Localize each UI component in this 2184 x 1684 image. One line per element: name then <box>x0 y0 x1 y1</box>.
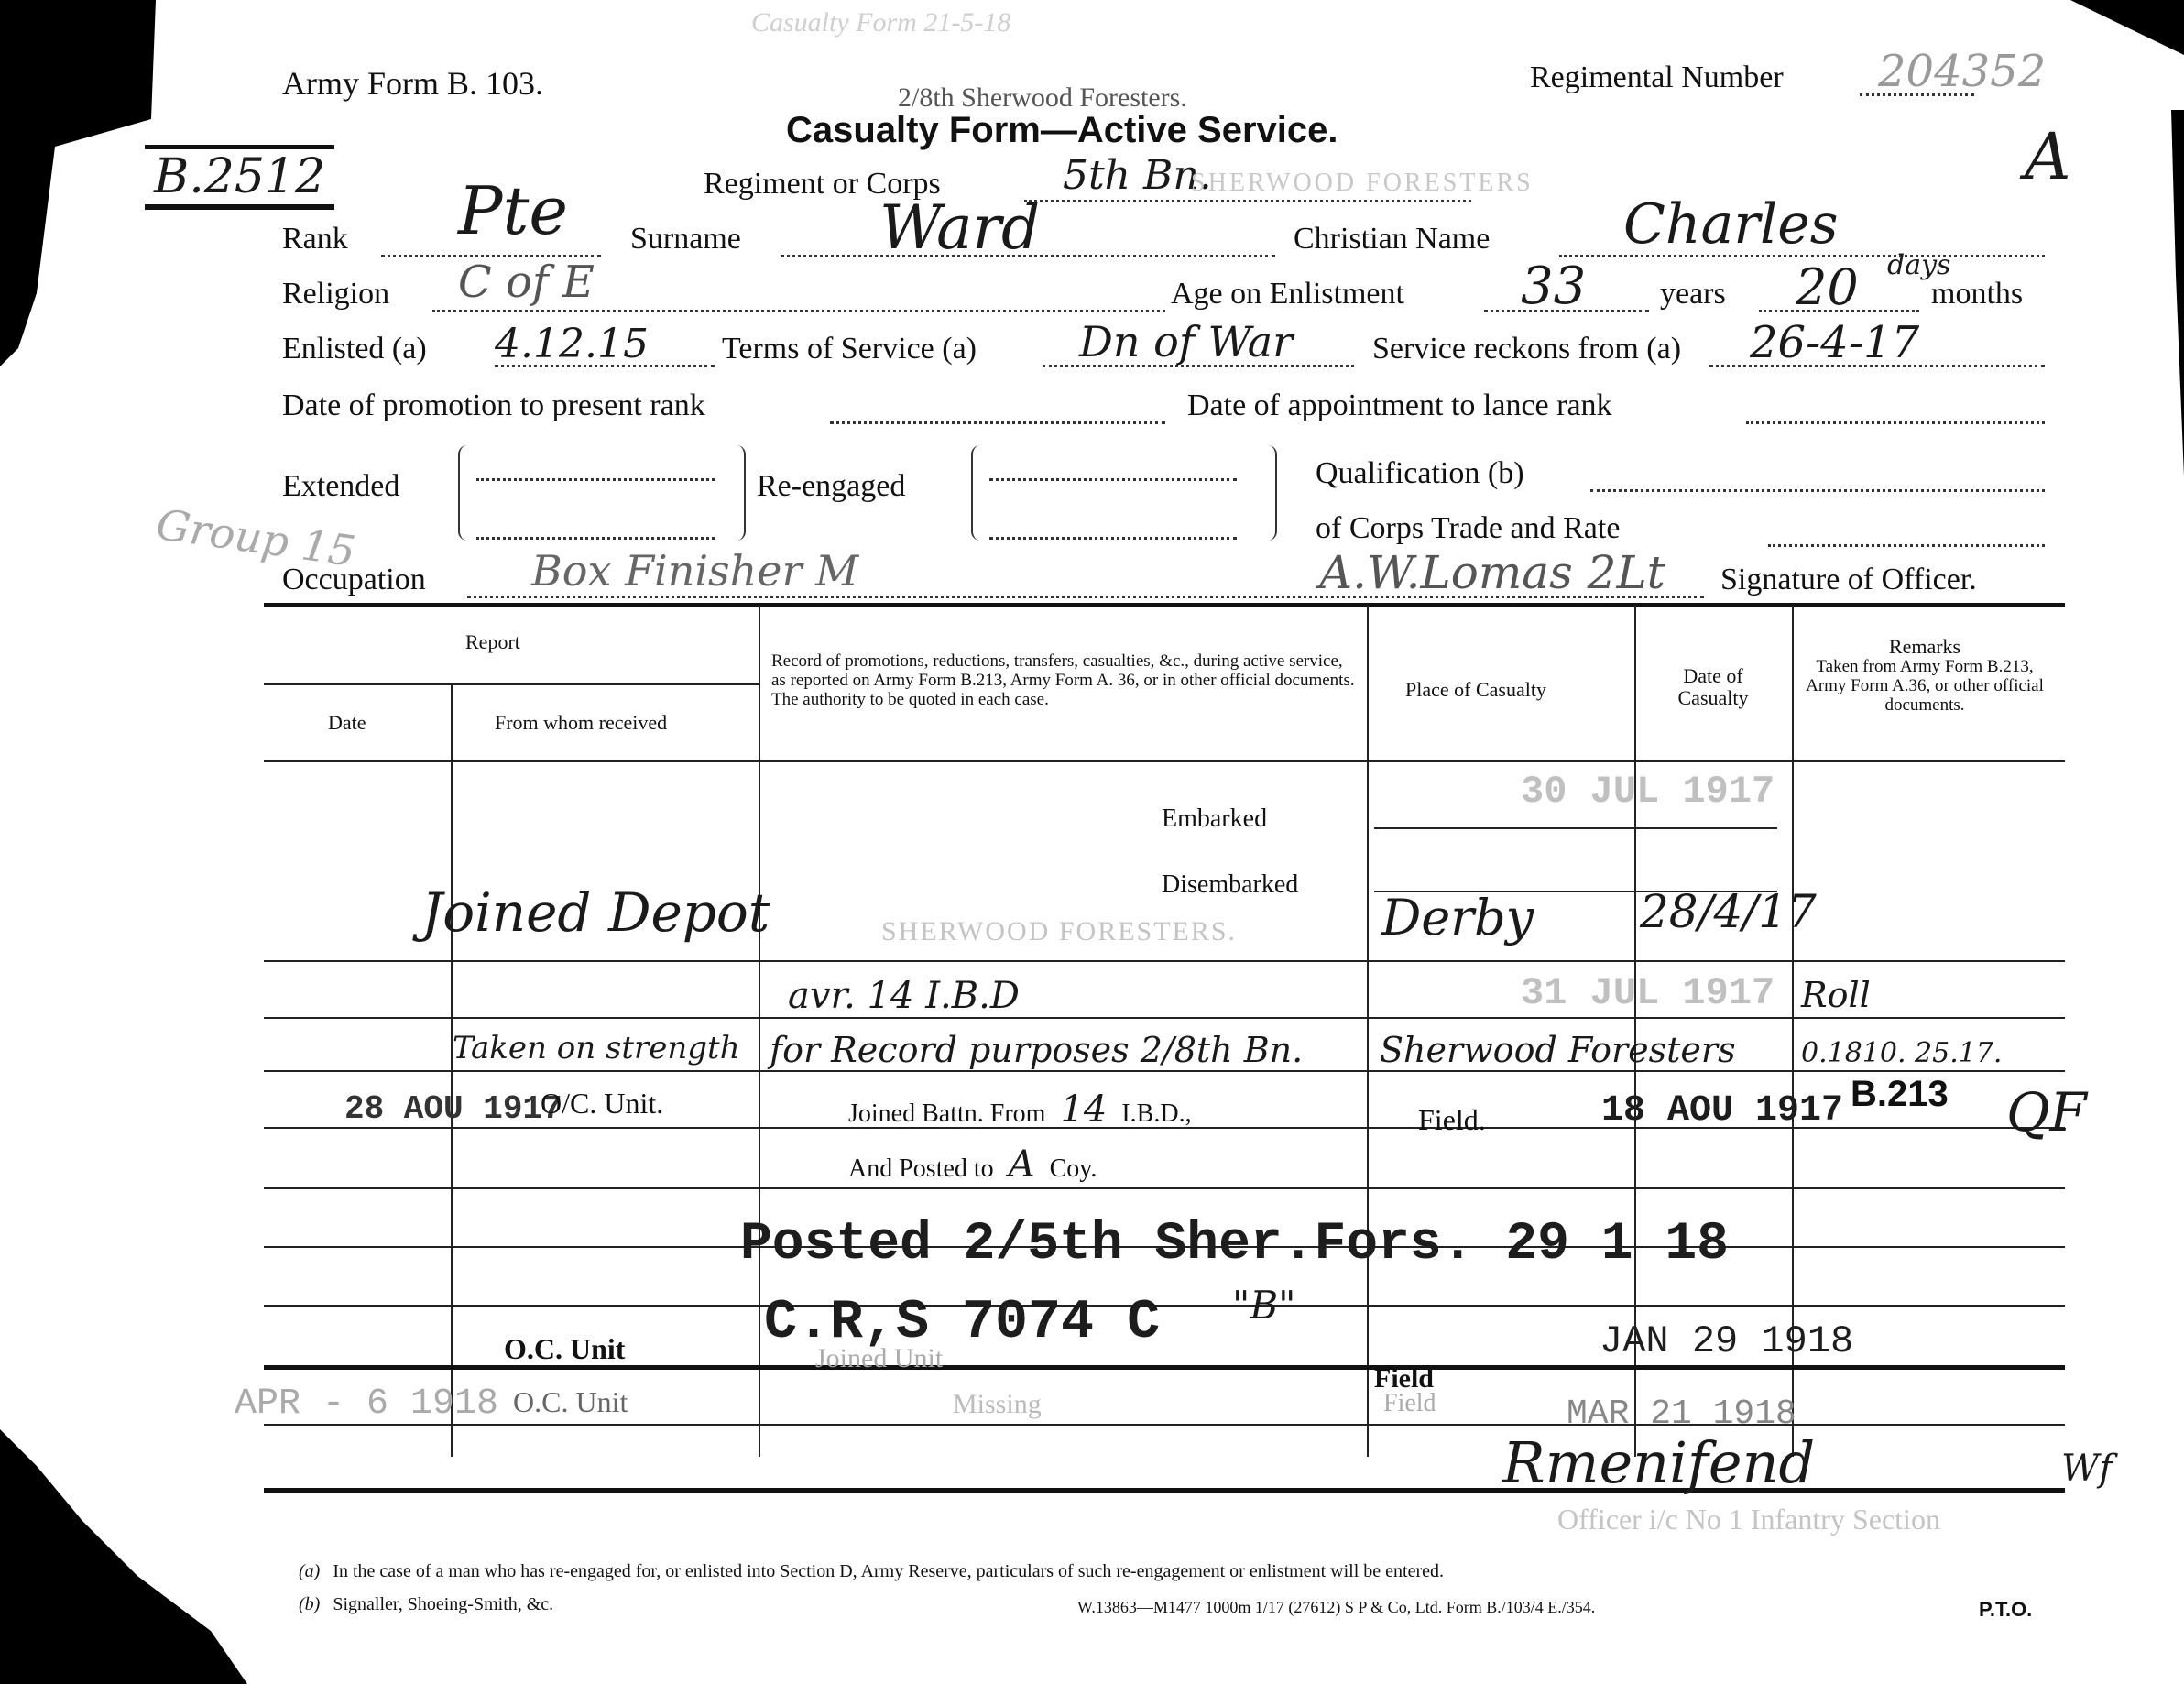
embarked-label: Embarked <box>1162 804 1267 834</box>
header-remarks-title: Remarks <box>1801 636 2048 658</box>
service-reckons-value: 26-4-17 <box>1750 317 1919 368</box>
page-title: Casualty Form—Active Service. <box>786 110 1338 151</box>
age-label: Age on Enlistment <box>1171 277 1404 312</box>
occupation-label: Occupation <box>282 563 426 597</box>
lance-rank-label: Date of appointment to lance rank <box>1187 388 1612 423</box>
mar-stamp: MAR 21 1918 <box>1567 1394 1796 1434</box>
faint-stamp-jul30: 30 JUL 1917 <box>1521 770 1774 814</box>
corps-trade-label: of Corps Trade and Rate <box>1316 511 1620 546</box>
corner-mark: A <box>2025 119 2071 194</box>
entry-place-derby: Derby <box>1381 889 1534 946</box>
signature-label: Signature of Officer. <box>1720 563 1977 597</box>
terms-value: Dn of War <box>1079 317 1293 366</box>
entry-taken-on-strength: Taken on strength <box>453 1030 740 1066</box>
entry-joined-depot: Joined Depot <box>421 881 770 944</box>
field-2: Field <box>1383 1389 1436 1418</box>
footnote-b-mark: (b) <box>299 1594 320 1614</box>
jan-stamp: JAN 29 1918 <box>1600 1319 1853 1363</box>
entry-date-casualty-1: 28/4/17 <box>1640 885 1817 938</box>
officer-signature-table: Rmenifend <box>1502 1429 1815 1496</box>
entry-place-field: Field. <box>1418 1103 1486 1137</box>
reengaged-label: Re-engaged <box>757 469 905 504</box>
occupation-value: Box Finisher M <box>531 546 858 596</box>
form-number: Army Form B. 103. <box>282 64 543 103</box>
posted-to-value: A <box>1009 1143 1035 1186</box>
regiment-value: 5th Bn. <box>1063 152 1212 199</box>
remarks-initials: QF <box>2006 1081 2087 1143</box>
header-date: Date <box>328 711 366 735</box>
header-place: Place of Casualty <box>1405 678 1546 702</box>
months-label: months <box>1931 277 2023 312</box>
entry-date-casualty-aug: 18 AOU 1917 <box>1601 1090 1843 1132</box>
service-reckons-label: Service reckons from (a) <box>1372 332 1681 366</box>
footnote-a-mark: (a) <box>299 1561 320 1581</box>
disembarked-label: Disembarked <box>1162 870 1298 900</box>
enlisted-label: Enlisted (a) <box>282 332 427 366</box>
footnote-a: (a)In the case of a man who has re-engag… <box>299 1561 1444 1582</box>
footnote-a-text: In the case of a man who has re-engaged … <box>333 1561 1444 1581</box>
header-from-whom: From whom received <box>495 711 667 735</box>
file-reference: B.2512 <box>145 145 334 210</box>
age-years-value: 33 <box>1521 257 1586 316</box>
surname-value: Ward <box>879 192 1040 263</box>
missing-stamp: Missing <box>953 1389 1042 1420</box>
joined-battn-text: Joined Battn. From <box>848 1099 1045 1128</box>
entry-record-ibd: avr. 14 I.B.D <box>788 975 1020 1017</box>
rank-value: Pte <box>458 172 568 249</box>
promotion-label: Date of promotion to present rank <box>282 388 705 423</box>
entry-remarks-b213: B.213 <box>1851 1074 1949 1115</box>
joined-unit: Joined Unit <box>815 1343 943 1374</box>
oc-unit-2: O.C. Unit <box>513 1385 628 1419</box>
header-report: Report <box>465 630 520 654</box>
years-label: years <box>1660 277 1726 312</box>
oc-unit-1: O.C. Unit <box>504 1332 625 1366</box>
entry-remarks-roll: Roll <box>1801 975 1871 1015</box>
age-months-value: 20 <box>1796 258 1859 316</box>
pto-label: P.T.O. <box>1979 1598 2032 1622</box>
joined-battn-value: 14 <box>1060 1088 1107 1131</box>
enlisted-value: 4.12.15 <box>495 321 649 367</box>
print-info: W.13863—M1477 1000m 1/17 (27612) S P & C… <box>1077 1598 1595 1617</box>
regimental-number-value: 204352 <box>1878 46 2046 97</box>
header-remarks-sub: Taken from Army Form B.213, Army Form A.… <box>1801 658 2048 716</box>
posted-stamp: Posted 2/5th Sher.Fors. 29 1 18 <box>740 1215 1729 1274</box>
faint-stamp-jul31: 31 JUL 1917 <box>1521 971 1774 1015</box>
entry-remarks-ref: 0.1810. 25.17. <box>1801 1037 2002 1069</box>
header-date-casualty: Date of Casualty <box>1649 665 1777 709</box>
christian-name-value: Charles <box>1623 192 1839 257</box>
posted-to-text: And Posted to <box>848 1154 994 1183</box>
faint-stamp-sherwood: SHERWOOD FORESTERS. <box>881 916 1237 947</box>
entry-record-purposes: for Record purposes 2/8th Bn. <box>770 1030 1303 1070</box>
crs-mark: "B" <box>1232 1283 1296 1328</box>
apr-stamp: APR - 6 1918 <box>235 1383 498 1425</box>
footnote-b: (b)Signaller, Shoeing-Smith, &c. <box>299 1594 553 1615</box>
regimental-number-label: Regimental Number <box>1530 60 1784 95</box>
surname-label: Surname <box>630 222 741 257</box>
joined-battn-label: Joined Battn. From14I.B.D., <box>848 1088 1192 1131</box>
faint-top-note: Casualty Form 21-5-18 <box>751 7 1010 38</box>
footnote-b-text: Signaller, Shoeing-Smith, &c. <box>333 1594 553 1614</box>
entry-sherwood-foresters: Sherwood Foresters <box>1380 1030 1736 1070</box>
religion-label: Religion <box>282 277 389 312</box>
christian-name-label: Christian Name <box>1294 222 1490 257</box>
entry-oc-unit: O/C. Unit. <box>541 1087 663 1121</box>
coy-text: Coy. <box>1050 1154 1097 1183</box>
officer-signature: A.W.Lomas 2Lt <box>1319 546 1665 599</box>
posted-to-label: And Posted toACoy. <box>848 1143 1097 1186</box>
side-initials: Wf <box>2061 1448 2113 1490</box>
officer-section-stamp: Officer i/c No 1 Infantry Section <box>1557 1503 1940 1536</box>
entry-date-received: 28 AOU 1917 <box>344 1090 562 1128</box>
qualification-label: Qualification (b) <box>1316 456 1524 491</box>
header-record: Record of promotions, reductions, transf… <box>771 652 1358 710</box>
ibd-text: I.B.D., <box>1121 1099 1191 1128</box>
terms-label: Terms of Service (a) <box>722 332 977 366</box>
religion-value: C of E <box>458 257 595 308</box>
regiment-stamp: SHERWOOD FORESTERS <box>1191 169 1534 198</box>
rank-label: Rank <box>282 222 348 257</box>
extended-label: Extended <box>282 469 399 504</box>
unit-stamp: 2/8th Sherwood Foresters. <box>898 82 1187 114</box>
